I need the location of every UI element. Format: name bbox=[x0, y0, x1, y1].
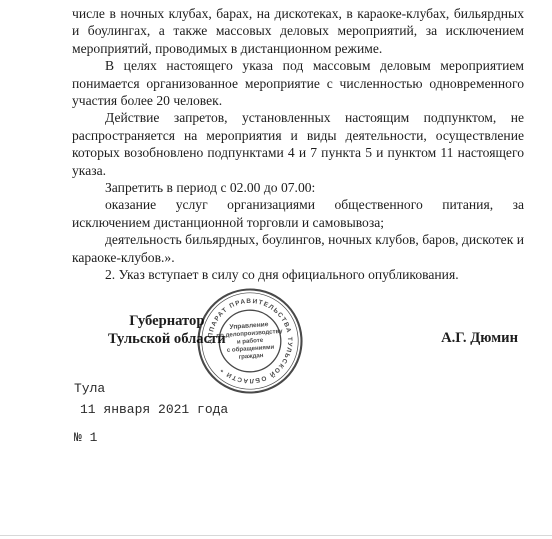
paragraph: Запретить в период с 02.00 до 07.00: bbox=[72, 179, 524, 196]
paragraph: В целях настоящего указа под массовым де… bbox=[72, 57, 524, 109]
paragraph: числе в ночных клубах, барах, на дискоте… bbox=[72, 5, 524, 57]
paragraph: 2. Указ вступает в силу со дня официальн… bbox=[72, 266, 524, 283]
paragraph: Действие запретов, установленных настоящ… bbox=[72, 109, 524, 179]
stamp-center-line: граждан bbox=[238, 352, 264, 361]
signatory-name: А.Г. Дюмин bbox=[441, 330, 518, 347]
page-bottom-edge bbox=[0, 535, 552, 536]
issuance-block: Тула 11 января 2021 года № 1 bbox=[74, 381, 228, 445]
issuance-date: 11 января 2021 года bbox=[74, 402, 228, 417]
paragraph: деятельность бильярдных, боулингов, ночн… bbox=[72, 231, 524, 266]
paragraph: оказание услуг организациями общественно… bbox=[72, 196, 524, 231]
document-page: числе в ночных клубах, барах, на дискоте… bbox=[0, 0, 552, 539]
document-body: числе в ночных клубах, барах, на дискоте… bbox=[72, 5, 524, 284]
stamp-center-text: Управлениепо делопроизводствуи работес о… bbox=[216, 320, 285, 362]
document-number: № 1 bbox=[74, 430, 228, 445]
issuance-city: Тула bbox=[74, 381, 228, 396]
